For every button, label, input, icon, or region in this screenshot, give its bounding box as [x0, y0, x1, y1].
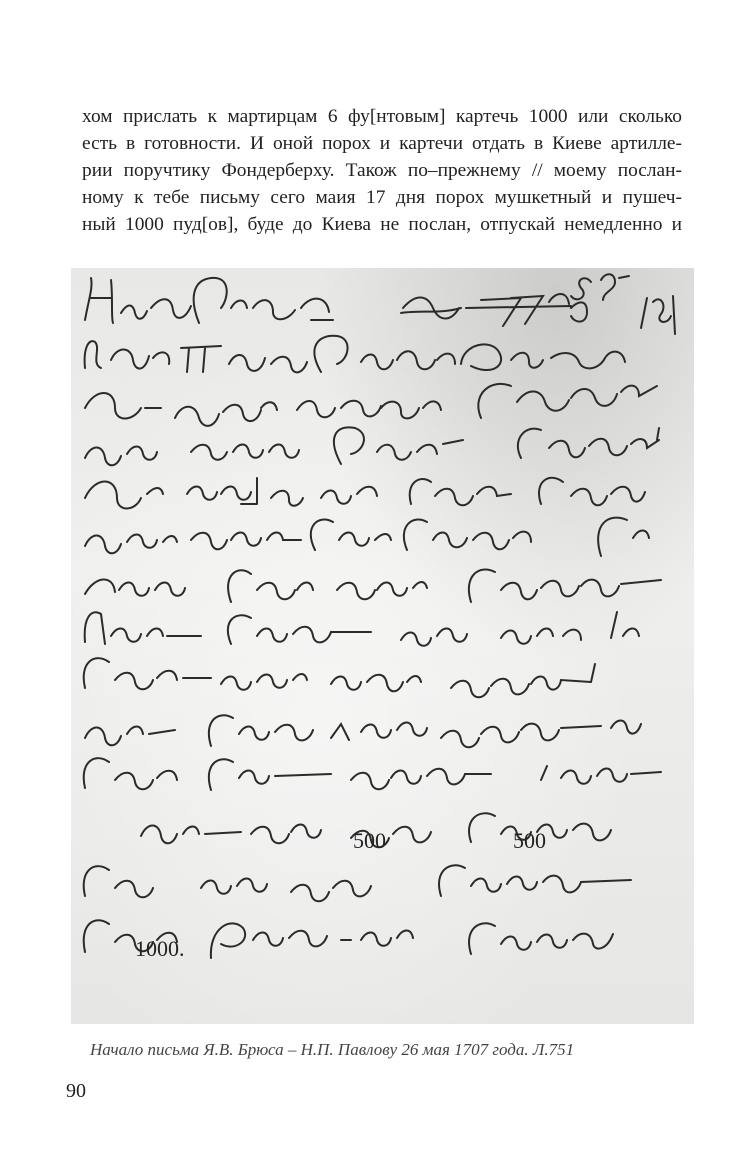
- page-number: 90: [66, 1080, 86, 1103]
- manuscript-image: 500 500 1000. 500: [71, 268, 694, 1024]
- body-text: хом прислать к мартирцам 6 фу[нтовым] ка…: [82, 103, 682, 238]
- body-line: ный 1000 пуд[ов], буде до Киева не посла…: [82, 211, 682, 238]
- manuscript-numeral: 1000.: [135, 936, 185, 961]
- body-line: есть в готовности. И оной порох и картеч…: [82, 130, 682, 157]
- body-line: ному к тебе письму сего маия 17 дня поро…: [82, 184, 682, 211]
- manuscript-numeral: 500: [513, 828, 546, 853]
- figure-caption: Начало письма Я.В. Брюса – Н.П. Павлову …: [90, 1040, 690, 1060]
- body-line: хом прислать к мартирцам 6 фу[нтовым] ка…: [82, 103, 682, 130]
- body-line: рии поручтику Фондерберху. Також по–преж…: [82, 157, 682, 184]
- manuscript-numeral: 500: [353, 828, 386, 853]
- handwriting-drawing: 500 500 1000. 500: [71, 268, 694, 1024]
